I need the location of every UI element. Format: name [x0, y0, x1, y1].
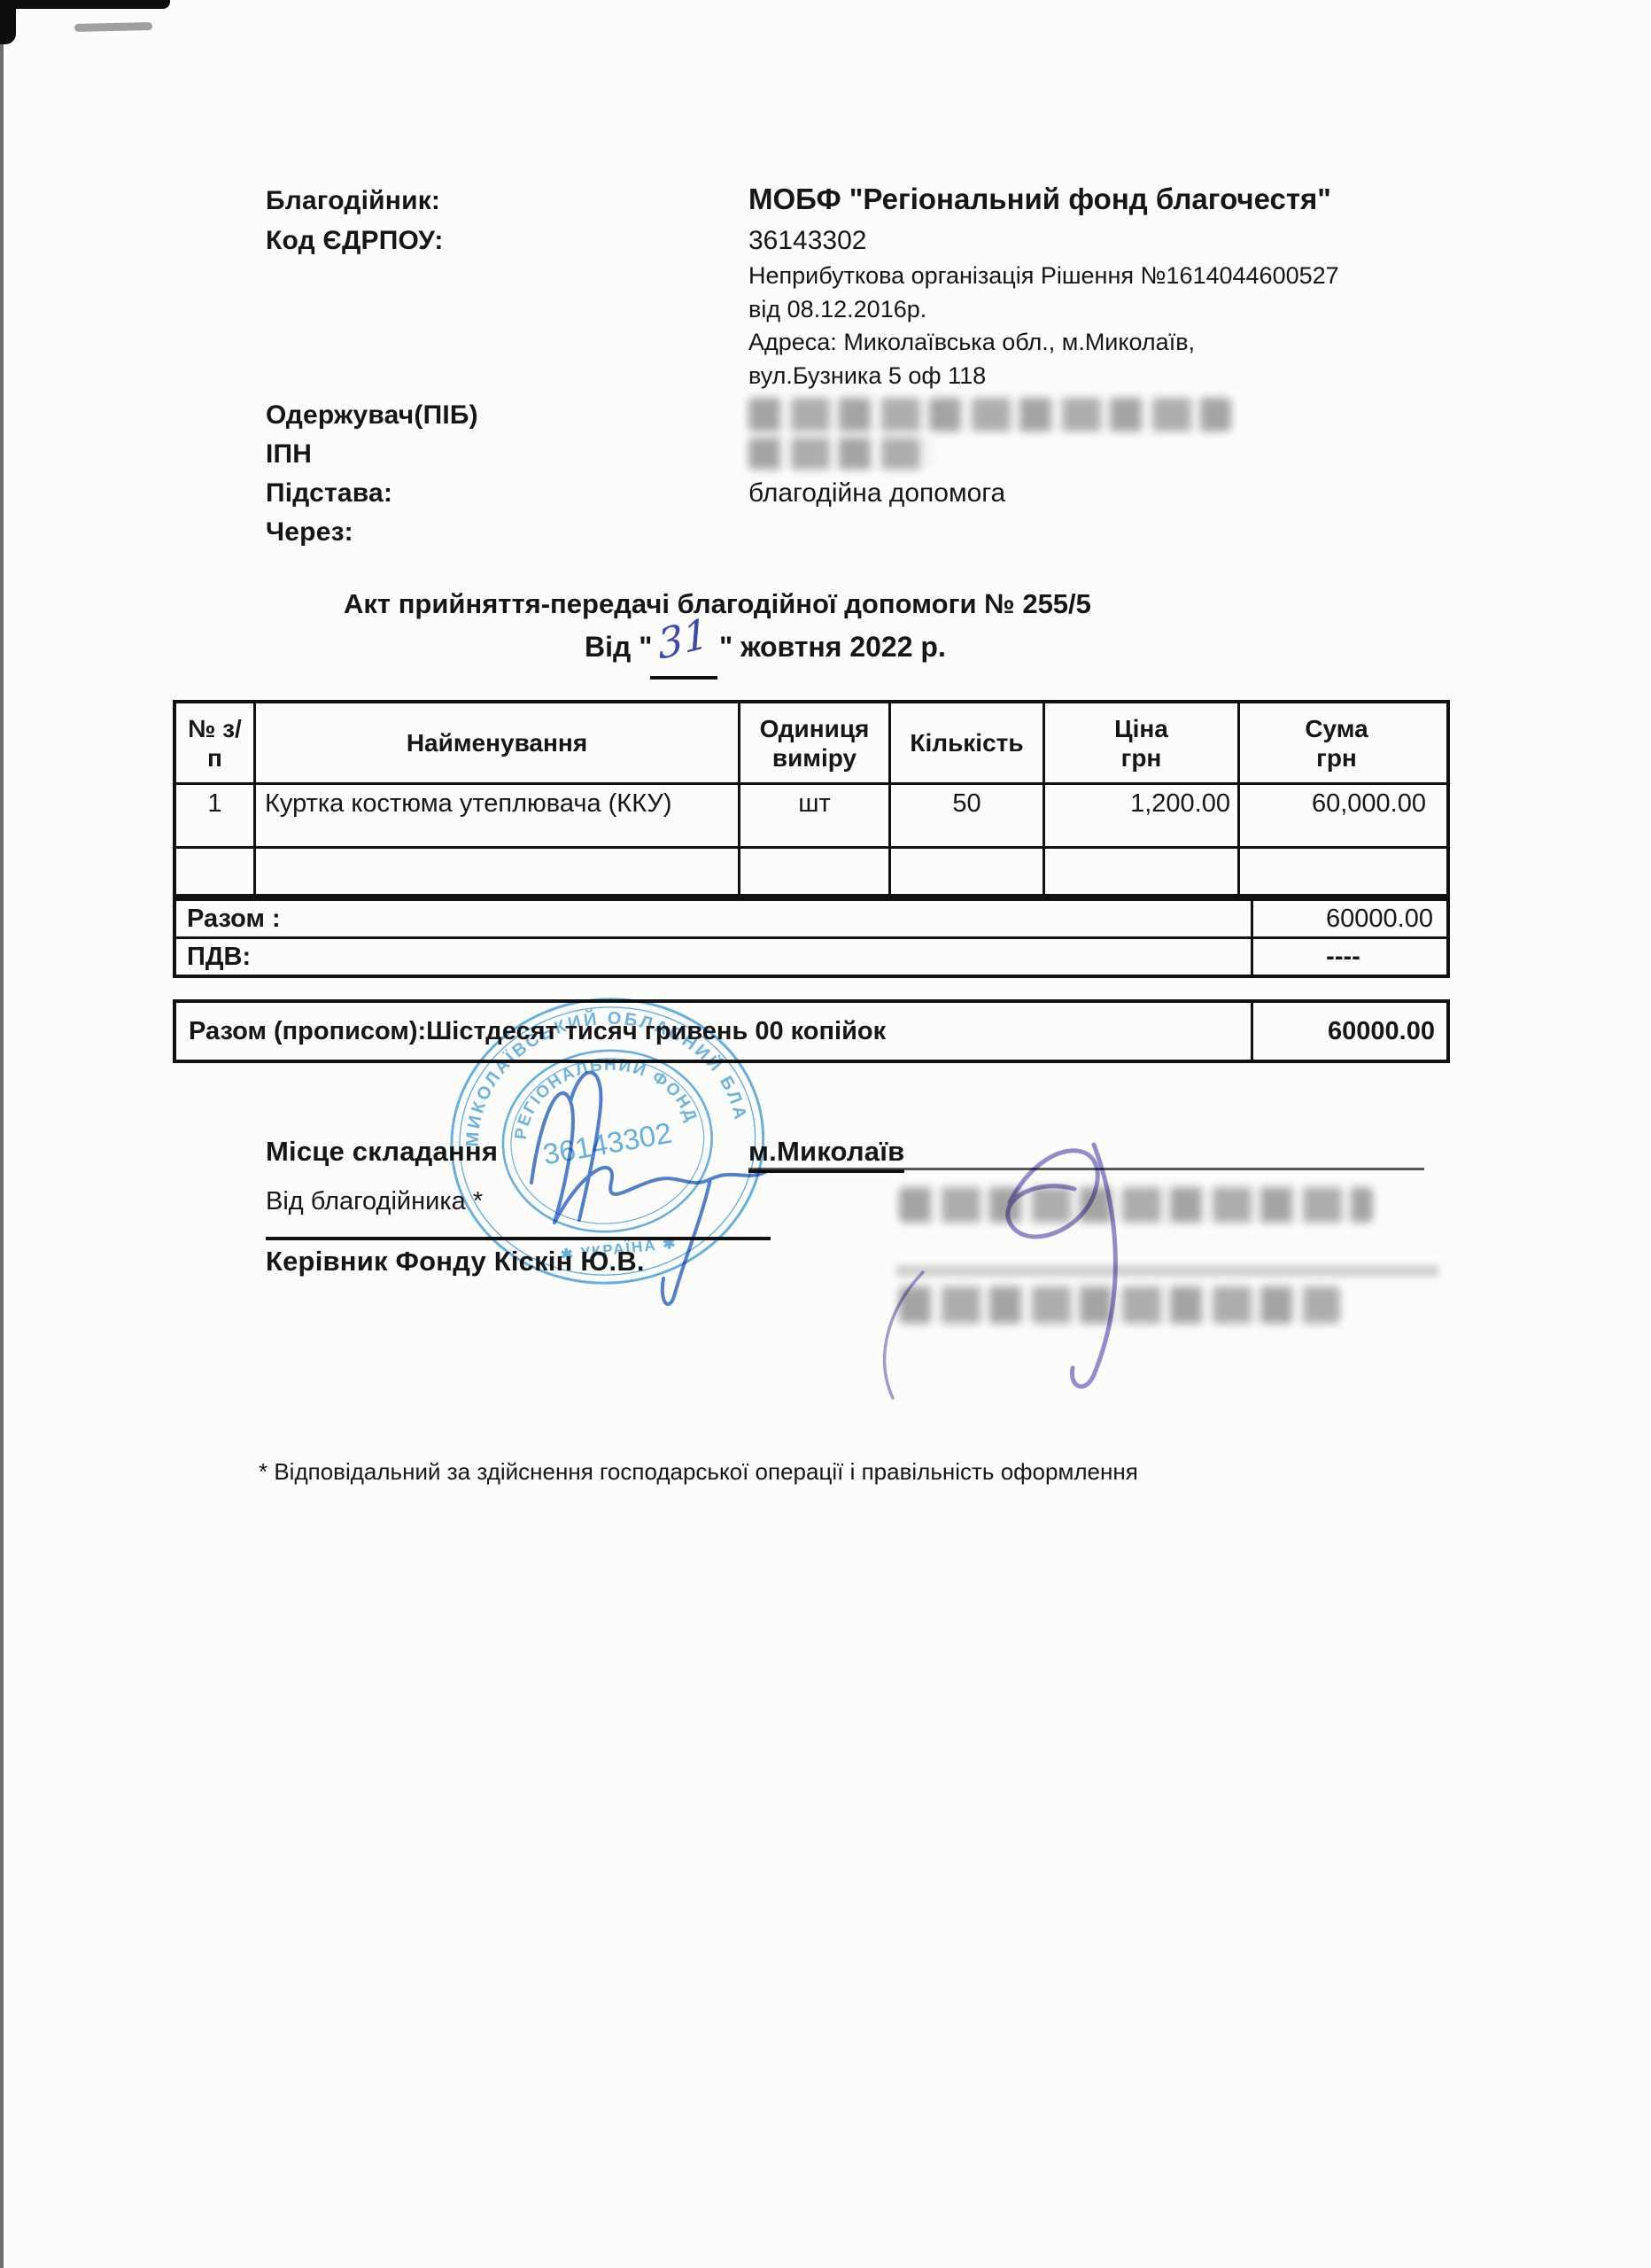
org-address-line: Адреса: Миколаївська обл., м.Миколаїв,: [748, 329, 1195, 356]
basis-label: Підстава:: [266, 478, 392, 509]
table-header-row: № з/ п Найменування Одиниця виміру Кільк…: [176, 703, 1446, 785]
redacted-recipient-name: [748, 398, 1231, 431]
col-header-price: Ціна грн: [1045, 703, 1240, 782]
basis-value: благодійна допомога: [748, 478, 1005, 509]
date-prefix: Від ": [585, 631, 652, 664]
org-address-line: вул.Бузника 5 оф 118: [748, 362, 986, 390]
scan-edge-artifact: [0, 0, 4, 2268]
cell-price: 1,200.00: [1045, 785, 1240, 846]
col-header-number: № з/ п: [176, 703, 256, 782]
act-title: Акт прийняття-передачі благодійної допом…: [344, 588, 1091, 620]
items-table: № з/ п Найменування Одиниця виміру Кільк…: [173, 700, 1450, 978]
signature-flourish: [866, 1265, 937, 1407]
col-header-unit: Одиниця виміру: [740, 703, 891, 782]
ipn-label: ІПН: [266, 439, 312, 470]
total-row: Разом : 60000.00: [176, 897, 1446, 939]
scan-pen-mark: [74, 22, 152, 32]
scan-corner-artifact: [0, 0, 170, 9]
date-blank-underline: [650, 676, 717, 680]
edrpou-label: Код ЄДРПОУ:: [266, 226, 444, 256]
cell-name: Куртка костюма утеплювача (ККУ): [256, 785, 740, 846]
cell-unit: шт: [740, 785, 891, 846]
scanned-document-page: Благодійник: Код ЄДРПОУ: Одержувач(ПІБ) …: [0, 0, 1651, 2268]
footnote: * Відповідальний за здійснення господарс…: [259, 1458, 1138, 1486]
recipient-label: Одержувач(ПІБ): [266, 400, 478, 431]
cell-sum: 60,000.00: [1240, 785, 1433, 846]
col-header-name: Найменування: [256, 703, 740, 782]
vat-value: ----: [1253, 939, 1444, 975]
redacted-ipn-number: [748, 438, 930, 470]
scan-corner-artifact-2: [0, 0, 16, 44]
donor-handwritten-signature: [478, 1032, 824, 1307]
vat-label: ПДВ:: [176, 939, 1253, 975]
donor-value: МОБФ "Регіональний фонд благочестя": [748, 183, 1331, 216]
org-info-line: від 08.12.2016р.: [748, 296, 926, 323]
date-suffix: " жовтня 2022 р.: [719, 631, 946, 664]
col-header-sum: Сума грн: [1240, 703, 1433, 782]
table-row-empty: [176, 849, 1446, 897]
recipient-handwritten-signature: [961, 1118, 1227, 1393]
cell-number: 1: [176, 785, 256, 846]
total-label: Разом :: [176, 901, 1253, 936]
vat-row: ПДВ: ----: [176, 939, 1446, 975]
donor-label: Благодійник:: [266, 186, 440, 216]
col-header-qty: Кількість: [891, 703, 1045, 782]
cell-qty: 50: [891, 785, 1045, 846]
org-info-line: Неприбуткова організація Рішення №161404…: [748, 262, 1339, 290]
total-value: 60000.00: [1253, 901, 1444, 936]
total-in-words-value: 60000.00: [1253, 1003, 1444, 1060]
edrpou-value: 36143302: [748, 226, 866, 256]
table-row: 1 Куртка костюма утеплювача (ККУ) шт 50 …: [176, 785, 1446, 849]
via-label: Через:: [266, 517, 353, 548]
